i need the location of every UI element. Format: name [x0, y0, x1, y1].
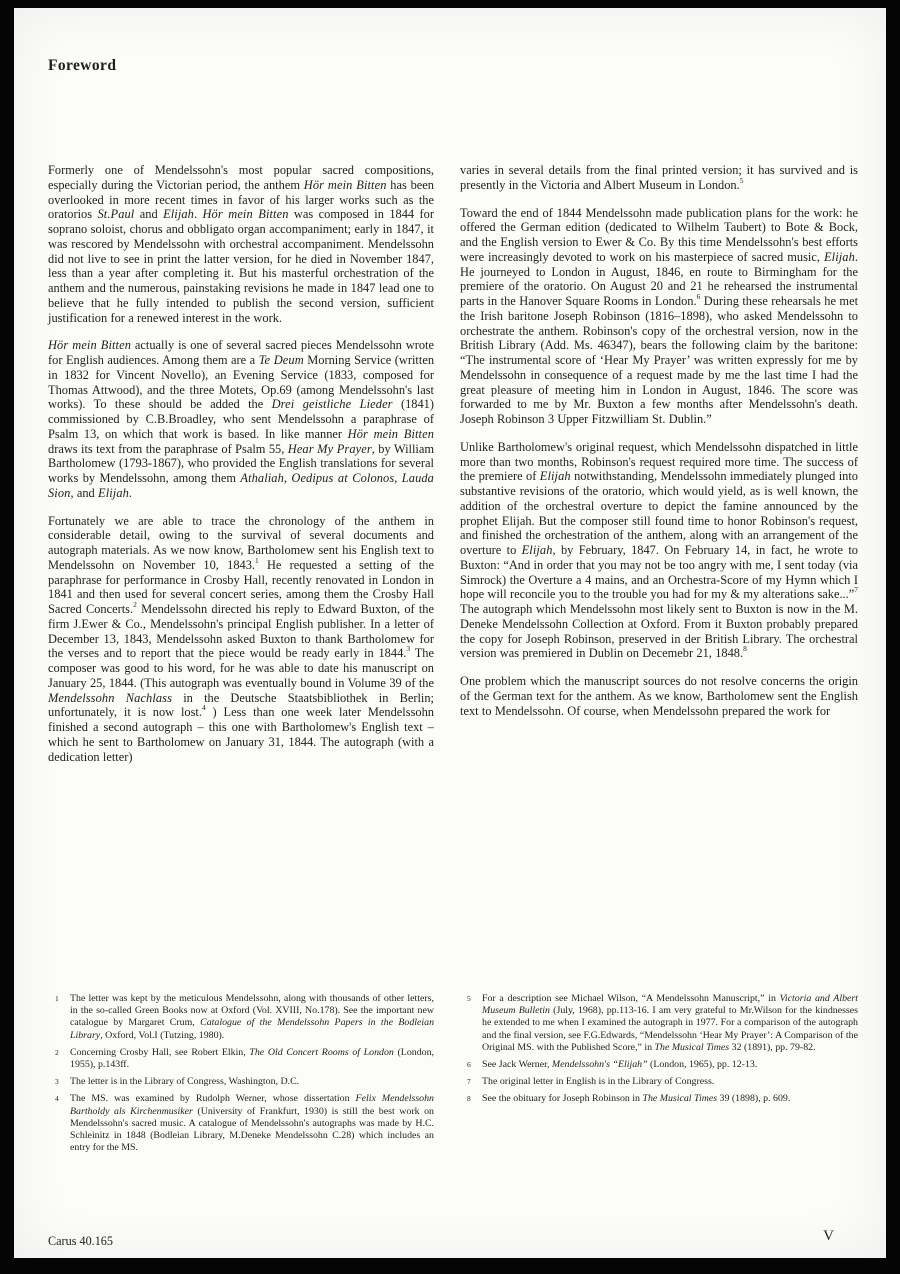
footnotes-section: 1The letter was kept by the meticulous M… [48, 993, 858, 1159]
footnote-text: See the obituary for Joseph Robinson in … [482, 1093, 858, 1105]
footnote-number: 3 [48, 1076, 70, 1088]
footnote-number: 5 [460, 993, 482, 1054]
footnote-text: The original letter in English is in the… [482, 1076, 858, 1088]
paragraph: One problem which the manuscript sources… [460, 674, 858, 718]
footnote-number: 1 [48, 993, 70, 1042]
footnote: 2Concerning Crosby Hall, see Robert Elki… [48, 1047, 434, 1071]
footnote: 7The original letter in English is in th… [460, 1076, 858, 1088]
footnote-text: The MS. was examined by Rudolph Werner, … [70, 1093, 434, 1154]
footnote-text: See Jack Werner, Mendelssohn's “Elijah” … [482, 1059, 858, 1071]
body-text: Formerly one of Mendelssohn's most popul… [48, 163, 858, 777]
paragraph: Hör mein Bitten actually is one of sever… [48, 338, 434, 500]
paragraph: varies in several details from the final… [460, 163, 858, 193]
footnote-number: 8 [460, 1093, 482, 1105]
footnote: 5For a description see Michael Wilson, “… [460, 993, 858, 1054]
footnotes-left-column: 1The letter was kept by the meticulous M… [48, 993, 434, 1159]
footnote-number: 7 [460, 1076, 482, 1088]
scanned-page: Foreword Formerly one of Mendelssohn's m… [14, 8, 886, 1258]
footnotes-right-column: 5For a description see Michael Wilson, “… [460, 993, 858, 1159]
footnote: 4The MS. was examined by Rudolph Werner,… [48, 1093, 434, 1154]
footnote-text: The letter is in the Library of Congress… [70, 1076, 434, 1088]
edition-number: Carus 40.165 [48, 1234, 113, 1249]
footnote: 3The letter is in the Library of Congres… [48, 1076, 434, 1088]
paragraph: Unlike Bartholomew's original request, w… [460, 440, 858, 661]
paragraph: Toward the end of 1844 Mendelssohn made … [460, 206, 858, 427]
footnote: 6See Jack Werner, Mendelssohn's “Elijah”… [460, 1059, 858, 1071]
footnote-text: For a description see Michael Wilson, “A… [482, 993, 858, 1054]
footnote-number: 4 [48, 1093, 70, 1154]
paragraph: Fortunately we are able to trace the chr… [48, 514, 434, 765]
footnote: 1The letter was kept by the meticulous M… [48, 993, 434, 1042]
footnote-text: Concerning Crosby Hall, see Robert Elkin… [70, 1047, 434, 1071]
footnote-text: The letter was kept by the meticulous Me… [70, 993, 434, 1042]
footnote-number: 2 [48, 1047, 70, 1071]
page-title: Foreword [48, 57, 116, 75]
left-column: Formerly one of Mendelssohn's most popul… [48, 163, 434, 777]
paragraph: Formerly one of Mendelssohn's most popul… [48, 163, 434, 325]
footnote-number: 6 [460, 1059, 482, 1071]
right-column: varies in several details from the final… [460, 163, 858, 777]
page-number: V [823, 1228, 834, 1245]
footnote: 8See the obituary for Joseph Robinson in… [460, 1093, 858, 1105]
